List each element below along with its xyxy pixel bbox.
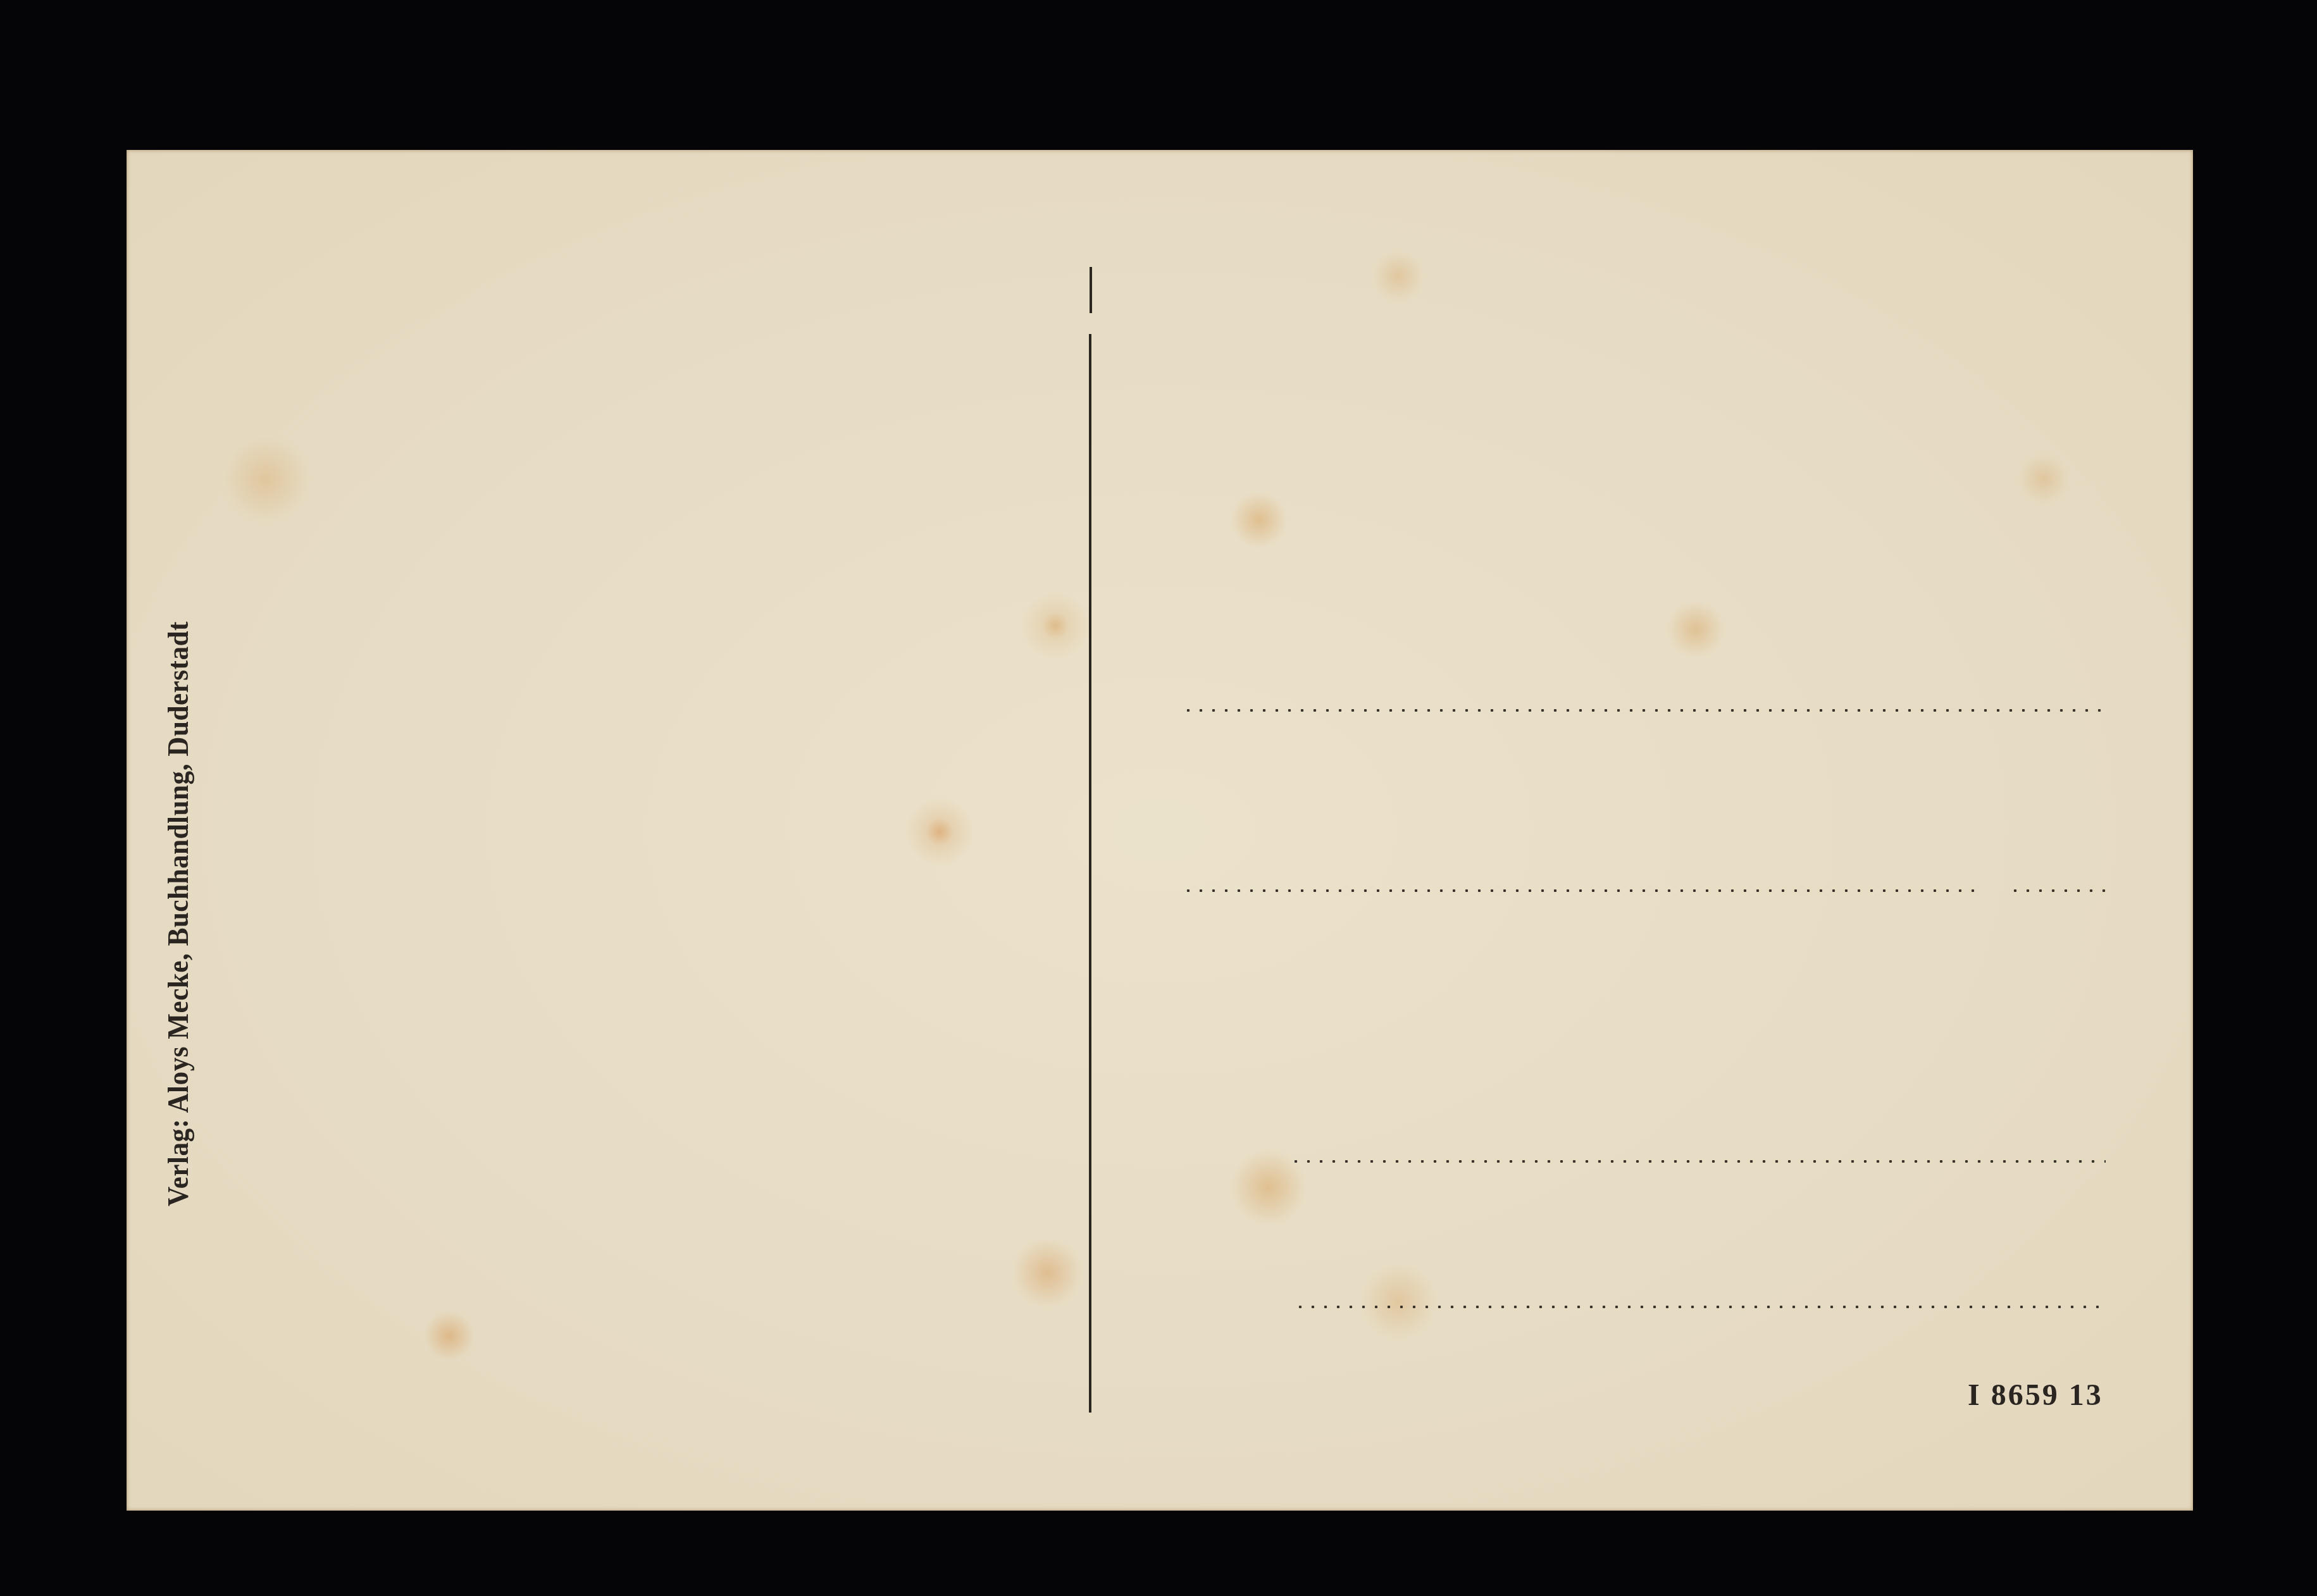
address-line-2 <box>1182 889 1976 892</box>
address-line-4 <box>1294 1306 2101 1308</box>
center-divider-line <box>1089 334 1091 1413</box>
divider-top-segment <box>1090 267 1092 313</box>
publisher-imprint: Verlag: Aloys Mecke, Buchhandlung, Duder… <box>161 621 196 1206</box>
address-line-2-end <box>2009 889 2109 892</box>
catalog-number: I 8659 13 <box>1968 1378 2103 1413</box>
address-line-3 <box>1289 1160 2106 1163</box>
address-line-1 <box>1182 709 2106 712</box>
